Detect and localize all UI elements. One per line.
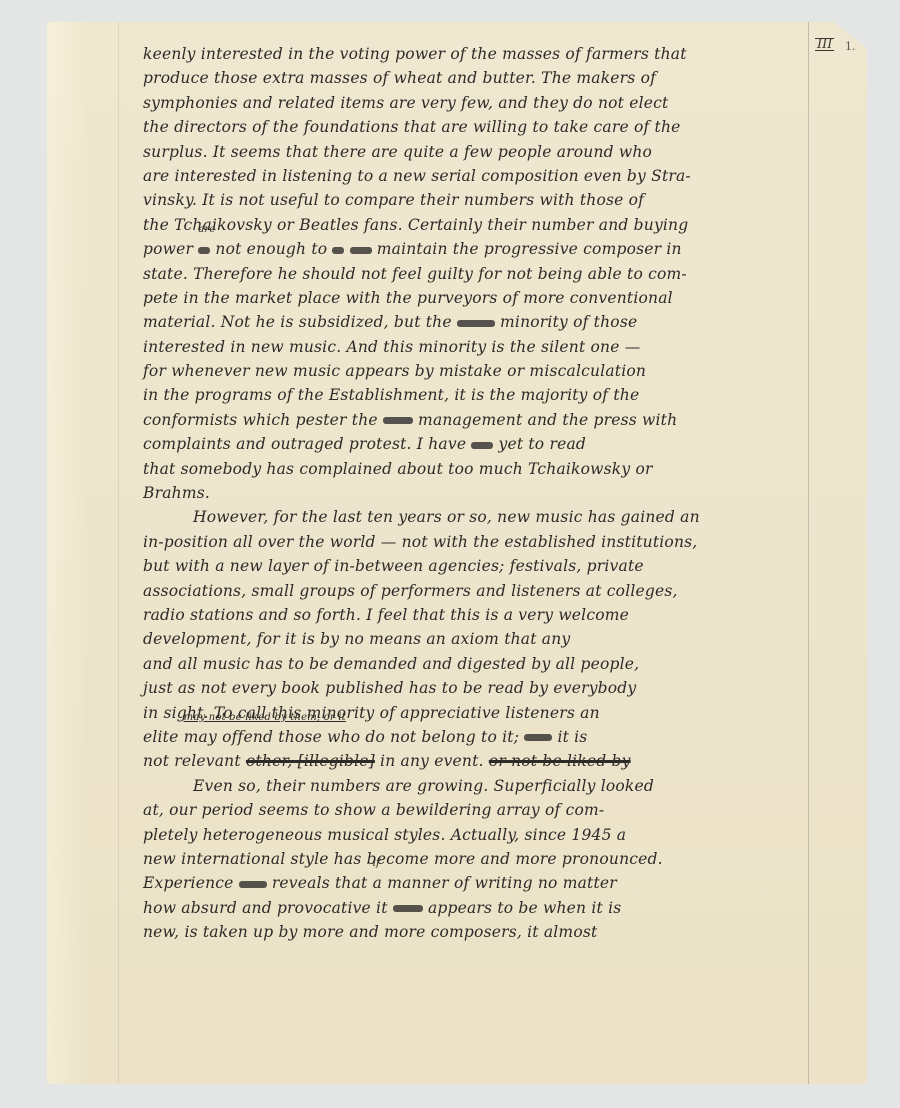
line-text: may offend those who do not belong to it… [184, 728, 520, 746]
line-text: minority of those [500, 313, 637, 331]
text-line: conformists which pester the management … [143, 408, 803, 432]
text-line: power are not enough to maintain the pro… [143, 237, 803, 261]
paragraph-start: However, for the last ten years or so, n… [143, 505, 803, 529]
line-text: complaints and outraged protest. I have [143, 435, 466, 453]
text-line: interested in new music. And this minori… [143, 335, 803, 359]
line-text: maintain the progressive composer in [377, 240, 682, 258]
text-line: complaints and outraged protest. I have … [143, 432, 803, 456]
line-text: not relevant [143, 752, 241, 770]
text-line: how absurd and provocative it appears to… [143, 896, 803, 920]
text-line: associations, small groups of performers… [143, 579, 803, 603]
text-line: at, our period seems to show a bewilderi… [143, 798, 803, 822]
struck-out-word [198, 247, 210, 254]
text-line: development, for it is by no means an ax… [143, 627, 803, 651]
struck-out-word [457, 320, 495, 327]
text-line: that somebody has complained about too m… [143, 457, 803, 481]
struck-out-word [524, 734, 552, 741]
text-line: vinsky. It is not useful to compare thei… [143, 188, 803, 212]
text-line: material. Not he is subsidized, but the … [143, 310, 803, 334]
insertion: if a manner of writing no matter [373, 871, 617, 895]
text-line: radio stations and so forth. I feel that… [143, 603, 803, 627]
text-line: elite may not be liked by them, or it ma… [143, 725, 803, 749]
text-line: pletely heterogeneous musical styles. Ac… [143, 823, 803, 847]
struck-out-word [383, 417, 413, 424]
line-text: reveals that [272, 874, 368, 892]
line-text: a manner of writing no matter [373, 874, 617, 892]
text-line: and all music has to be demanded and dig… [143, 652, 803, 676]
line-text: material. Not he is subsidized, but the [143, 313, 452, 331]
text-line: new, is taken up by more and more compos… [143, 920, 803, 944]
right-margin-line [808, 22, 809, 1084]
line-text: management and the press with [418, 411, 677, 429]
inserted-phrase: may not be liked by them, or it [184, 713, 346, 723]
line-text: in any event. [380, 752, 484, 770]
text-line: pete in the market place with the purvey… [143, 286, 803, 310]
text-line: but with a new layer of in-between agenc… [143, 554, 803, 578]
text-line: are interested in listening to a new ser… [143, 164, 803, 188]
text-line: for whenever new music appears by mistak… [143, 359, 803, 383]
line-text: conformists which pester the [143, 411, 378, 429]
struck-out-phrase: other, [illegible] [246, 752, 375, 770]
line-text: elite [143, 728, 179, 746]
handwritten-text: keenly interested in the voting power of… [143, 42, 803, 944]
text-line: just as not every book published has to … [143, 676, 803, 700]
text-line: surplus. It seems that there are quite a… [143, 140, 803, 164]
text-line: in-position all over the world — not wit… [143, 530, 803, 554]
struck-out-word [393, 905, 423, 912]
text-line: not relevant other, [illegible] in any e… [143, 749, 803, 773]
line-text: Experience [143, 874, 234, 892]
page-number: III [815, 38, 834, 51]
text-line: Experience reveals that if a manner of w… [143, 871, 803, 895]
inserted-word: are [198, 225, 215, 235]
struck-out-word [471, 442, 493, 449]
paragraph-start: Even so, their numbers are growing. Supe… [143, 774, 803, 798]
text-line: produce those extra masses of wheat and … [143, 66, 803, 90]
left-margin-line [118, 22, 119, 1084]
line-text: yet to read [498, 435, 586, 453]
line-text: how absurd and provocative it [143, 899, 388, 917]
text-line: new international style has become more … [143, 847, 803, 871]
manuscript-page: III 1. keenly interested in the voting p… [47, 22, 867, 1084]
inserted-word: if [373, 859, 380, 869]
text-line: the directors of the foundations that ar… [143, 115, 803, 139]
line-text: it is [557, 728, 587, 746]
text-line: Brahms. [143, 481, 803, 505]
struck-out-word [332, 247, 344, 254]
text-line: symphonies and related items are very fe… [143, 91, 803, 115]
struck-out-word [239, 881, 267, 888]
insertion: may not be liked by them, or it may offe… [184, 725, 520, 749]
struck-out-phrase: or not be liked by [489, 752, 631, 770]
line-text: not enough to [215, 240, 327, 258]
insertion: are [198, 237, 210, 261]
line-text: power [143, 240, 193, 258]
text-line: in the programs of the Establishment, it… [143, 383, 803, 407]
text-line: keenly interested in the voting power of… [143, 42, 803, 66]
text-line: the Tchaikovsky or Beatles fans. Certain… [143, 213, 803, 237]
text-line: state. Therefore he should not feel guil… [143, 262, 803, 286]
struck-out-word [350, 247, 372, 254]
line-text: appears to be when it is [428, 899, 621, 917]
corner-mark: 1. [845, 40, 856, 53]
